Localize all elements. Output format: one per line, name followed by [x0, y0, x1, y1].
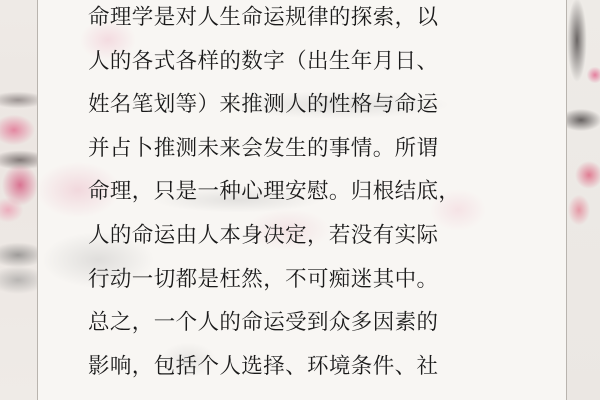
- text-line-2: 人的各式各样的数字（出生年月日、: [88, 40, 528, 84]
- text-line-5: 命理，只是一种心理安慰。归根结底，: [88, 170, 528, 214]
- left-decorative-border-image: [0, 0, 37, 400]
- article-text: 命理学是对人生命运规律的探索，以 人的各式各样的数字（出生年月日、 姓名笔划等）…: [88, 0, 528, 388]
- text-line-8: 总之，一个人的命运受到众多因素的: [88, 301, 528, 345]
- text-line-1: 命理学是对人生命运规律的探索，以: [88, 0, 528, 40]
- text-line-4: 并占卜推测未来会发生的事情。所谓: [88, 127, 528, 171]
- text-line-3: 姓名笔划等）来推测人的性格与命运: [88, 83, 528, 127]
- document-page: 命理学是对人生命运规律的探索，以 人的各式各样的数字（出生年月日、 姓名笔划等）…: [0, 0, 600, 400]
- right-divider-line: [566, 0, 567, 400]
- text-line-6: 人的命运由人本身决定，若没有实际: [88, 214, 528, 258]
- right-decorative-border-image: [567, 0, 600, 400]
- text-line-9: 影响，包括个人选择、环境条件、社: [88, 345, 528, 389]
- left-divider-line: [37, 0, 38, 400]
- text-line-7: 行动一切都是枉然，不可痴迷其中。: [88, 258, 528, 302]
